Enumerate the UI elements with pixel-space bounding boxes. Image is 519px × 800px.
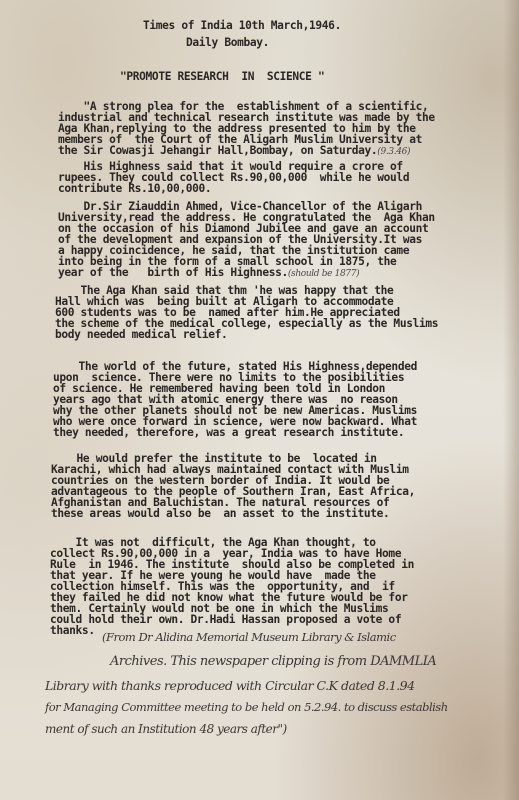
article-line: contribute Rs.10,00,000.: [58, 183, 211, 194]
article-line: they needed, therefore, was a great rese…: [53, 427, 404, 438]
source-line: Times of India 10th March,1946.: [143, 20, 341, 31]
article-line: body needed medical relief.: [55, 329, 227, 340]
headline: "PROMOTE RESEARCH IN SCIENCE ": [120, 71, 324, 82]
handwritten-annotation: (should be 1877): [288, 269, 359, 279]
article-line: year of the birth of His Highness.(shoul…: [58, 267, 359, 280]
handwritten-line: Library with thanks reproduced with Circ…: [45, 678, 415, 693]
city-line: Daily Bombay.: [186, 37, 269, 48]
newspaper-transcript-page: Times of India 10th March,1946. Daily Bo…: [0, 0, 519, 800]
paper-edge-shadow: [503, 0, 519, 800]
article-line: could hold their own. Dr.Hadi Hassan pro…: [50, 614, 401, 625]
handwritten-annotation: (9.3.46): [377, 147, 410, 157]
article-line: these areas would also be an asset to th…: [51, 508, 389, 519]
handwritten-line: ment of such an Institution 48 years aft…: [45, 722, 287, 736]
article-line: thanks.: [50, 625, 95, 636]
handwritten-line: for Managing Committee meeting to be hel…: [45, 700, 448, 714]
handwritten-line: Archives. This newspaper clipping is fro…: [110, 654, 436, 669]
handwritten-line: (From Dr Alidina Memorial Museum Library…: [102, 630, 396, 644]
article-line: the Sir Cowasji Jehangir Hall,Bombay, on…: [58, 145, 410, 158]
